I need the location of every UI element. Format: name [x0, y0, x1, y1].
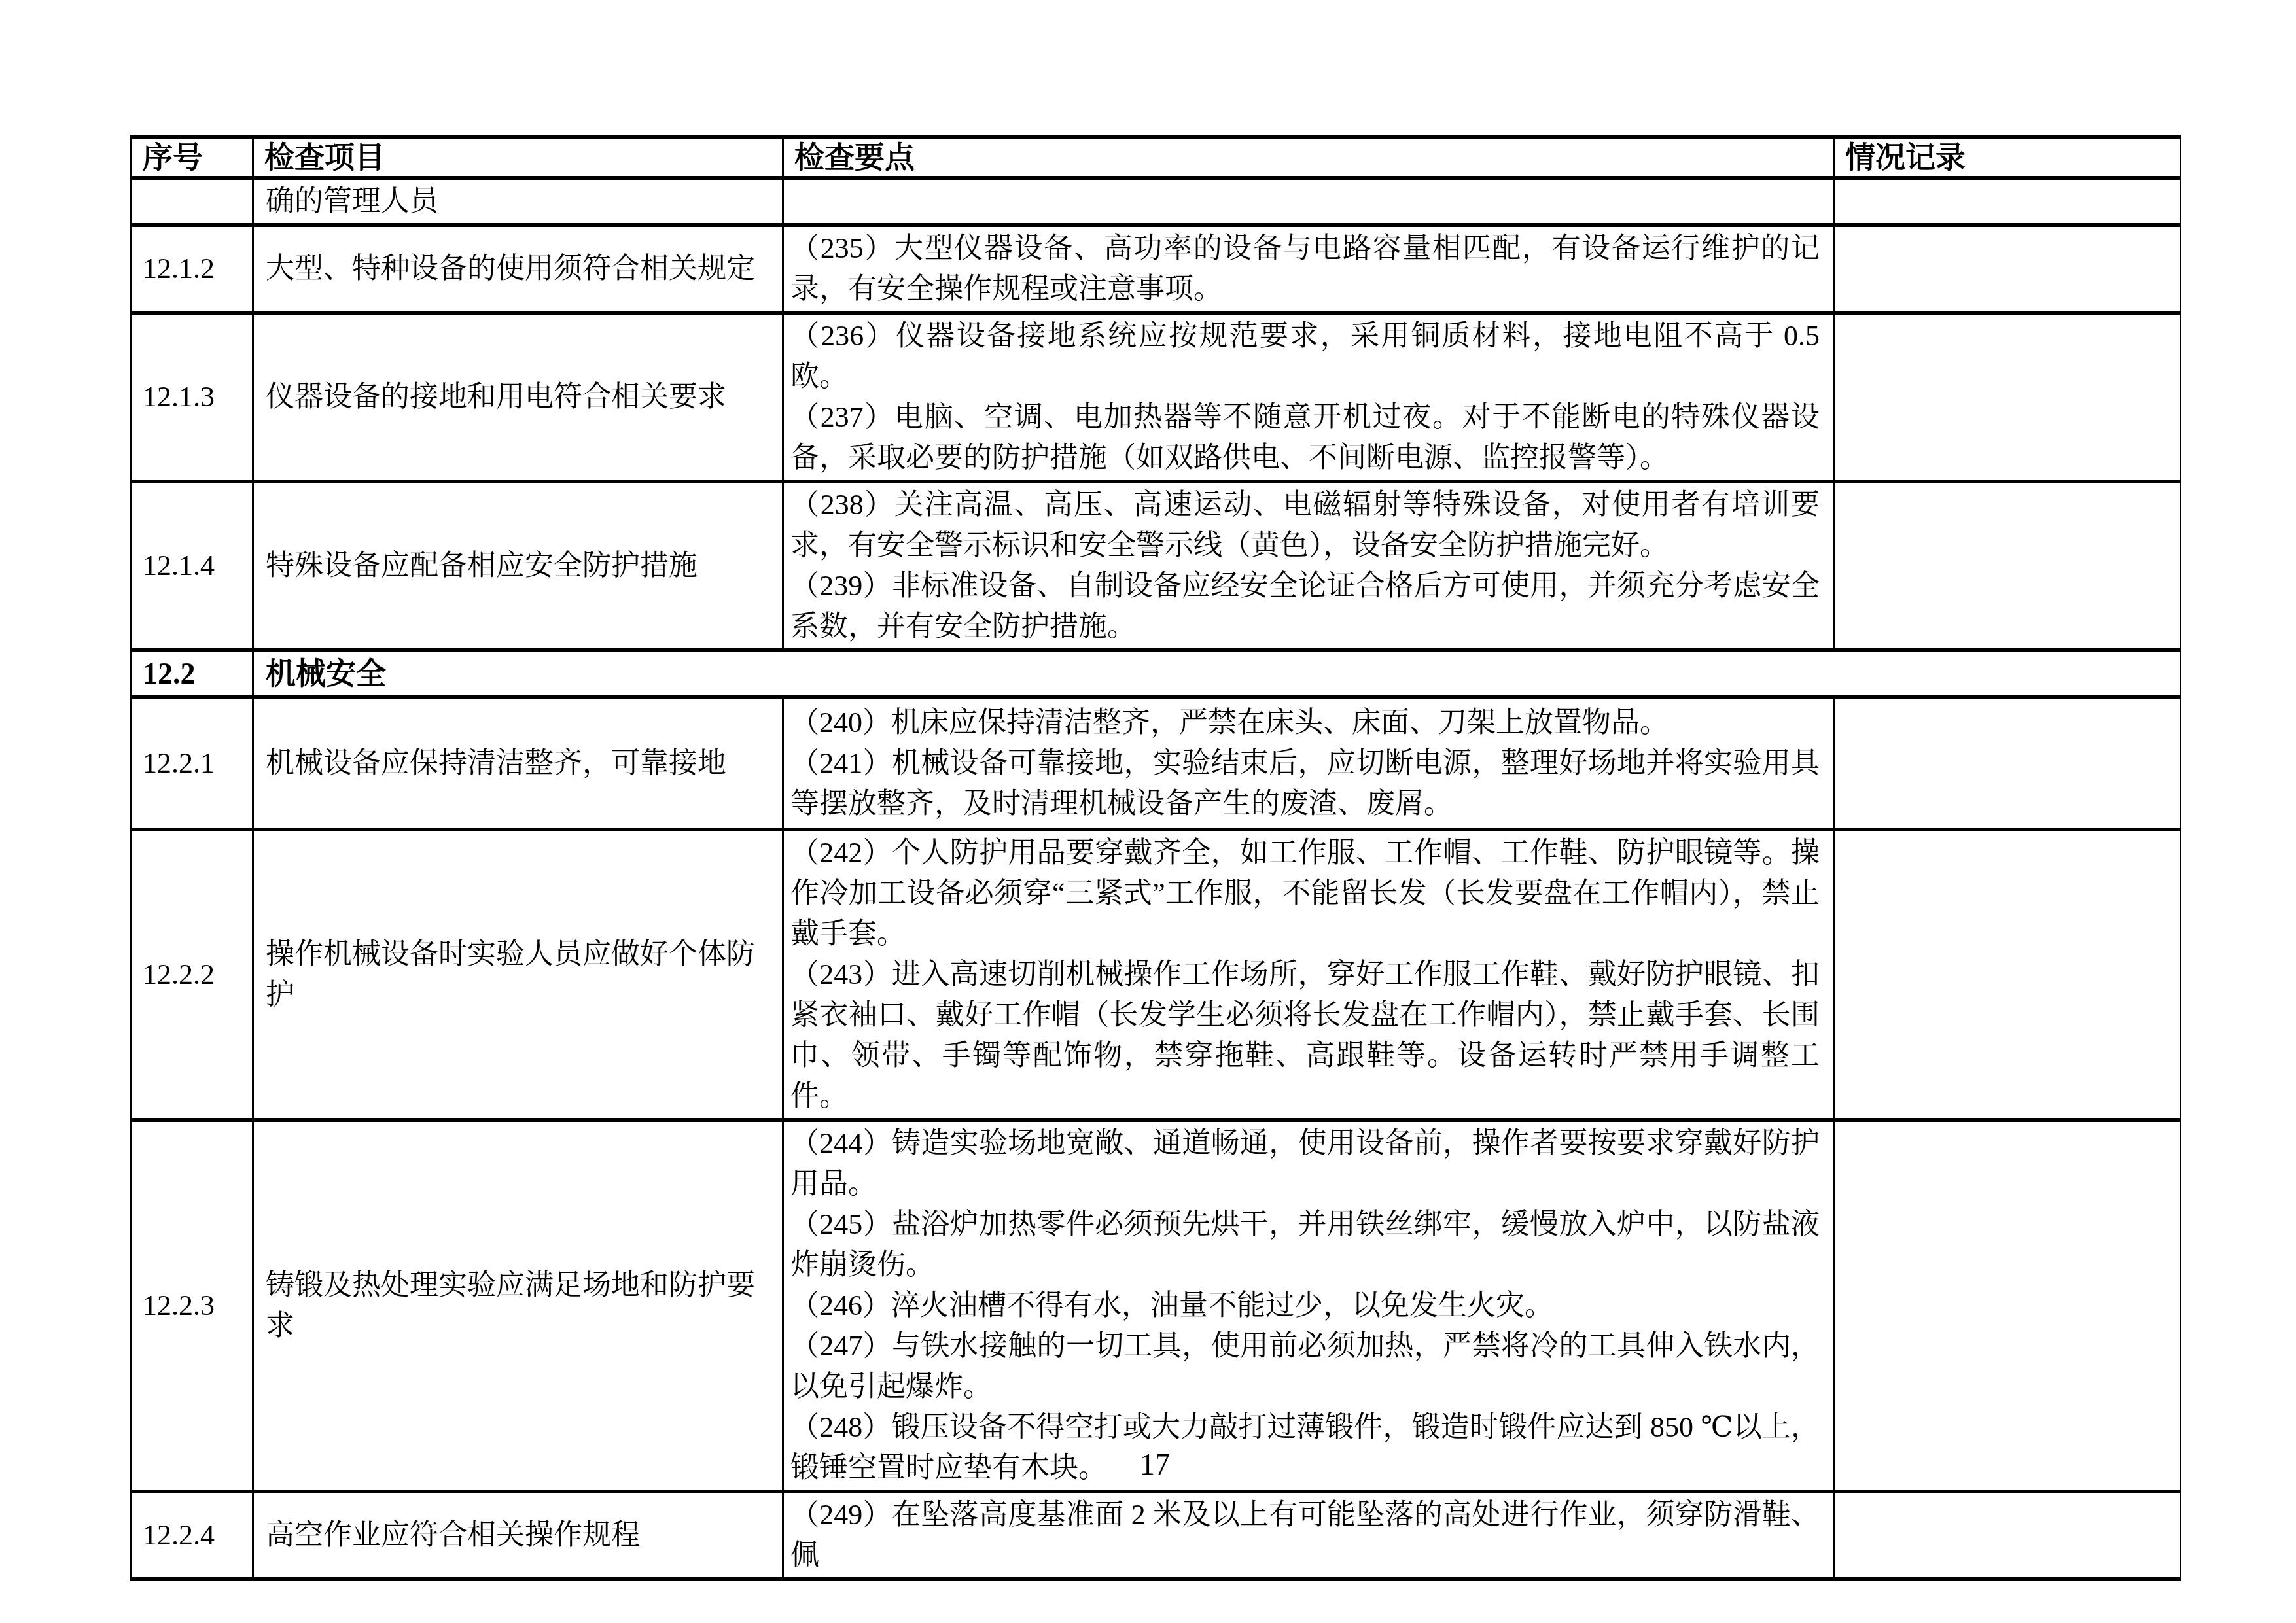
- seq-no-cell: 12.2.3: [132, 1120, 253, 1492]
- seq-no-cell: 12.2.1: [132, 697, 253, 829]
- point-text: （237）电脑、空调、电加热器等不随意开机过夜。对于不能断电的特殊仪器设备，采取…: [790, 397, 1820, 478]
- record-cell: [1834, 1492, 2181, 1579]
- point-text: （238）关注高温、高压、高速运动、电磁辐射等特殊设备，对使用者有培训要求，有安…: [790, 485, 1820, 566]
- record-cell: [1834, 313, 2181, 481]
- table-row: 12.2.1 机械设备应保持清洁整齐，可靠接地 （240）机床应保持清洁整齐，严…: [132, 697, 2181, 829]
- seq-no-cell: 12.1.2: [132, 225, 253, 313]
- record-cell: [1834, 829, 2181, 1120]
- seq-no-cell: 12.1.4: [132, 481, 253, 650]
- item-cell: 大型、特种设备的使用须符合相关规定: [253, 225, 783, 313]
- point-text: （243）进入高速切削机械操作工作场所，穿好工作服工作鞋、戴好防护眼镜、扣紧衣袖…: [790, 954, 1820, 1117]
- point-text: （242）个人防护用品要穿戴齐全，如工作服、工作帽、工作鞋、防护眼镜等。操作冷加…: [790, 833, 1820, 954]
- record-cell: [1834, 178, 2181, 225]
- points-cell: （242）个人防护用品要穿戴齐全，如工作服、工作帽、工作鞋、防护眼镜等。操作冷加…: [783, 829, 1834, 1120]
- point-text: （245）盐浴炉加热零件必须预先烘干，并用铁丝绑牢，缓慢放入炉中，以防盐液炸崩烫…: [790, 1204, 1820, 1285]
- seq-no-cell: 12.2.4: [132, 1492, 253, 1579]
- point-text: （240）机床应保持清洁整齐，严禁在床头、床面、刀架上放置物品。: [790, 703, 1820, 743]
- header-inspection-item: 检查项目: [253, 137, 783, 178]
- section-title-cell: 机械安全: [253, 650, 2181, 697]
- point-text: （241）机械设备可靠接地，实验结束后，应切断电源，整理好场地并将实验用具等摆放…: [790, 743, 1820, 824]
- points-cell: （244）铸造实验场地宽敞、通道畅通，使用设备前，操作者要按要求穿戴好防护用品。…: [783, 1120, 1834, 1492]
- seq-no-cell: 12.2.2: [132, 829, 253, 1120]
- record-cell: [1834, 225, 2181, 313]
- table-row: 12.1.2 大型、特种设备的使用须符合相关规定 （235）大型仪器设备、高功率…: [132, 225, 2181, 313]
- table-row: 12.1.4 特殊设备应配备相应安全防护措施 （238）关注高温、高压、高速运动…: [132, 481, 2181, 650]
- point-text: （246）淬火油槽不得有水，油量不能过少，以免发生火灾。: [790, 1285, 1820, 1326]
- record-cell: [1834, 697, 2181, 829]
- points-cell: [783, 178, 1834, 225]
- table-header-row: 序号 检查项目 检查要点 情况记录: [132, 137, 2181, 178]
- record-cell: [1834, 481, 2181, 650]
- seq-no-cell: 12.2: [132, 650, 253, 697]
- item-cell: 铸锻及热处理实验应满足场地和防护要求: [253, 1120, 783, 1492]
- points-cell: （249）在坠落高度基准面 2 米及以上有可能坠落的高处进行作业，须穿防滑鞋、佩: [783, 1492, 1834, 1579]
- points-cell: （236）仪器设备接地系统应按规范要求，采用铜质材料，接地电阻不高于 0.5 欧…: [783, 313, 1834, 481]
- item-cell: 仪器设备的接地和用电符合相关要求: [253, 313, 783, 481]
- table-row: 12.2.2 操作机械设备时实验人员应做好个体防护 （242）个人防护用品要穿戴…: [132, 829, 2181, 1120]
- record-cell: [1834, 1120, 2181, 1492]
- inspection-checklist-table: 序号 检查项目 检查要点 情况记录 确的管理人员 12.1.2 大型、特种设备的…: [130, 135, 2181, 1581]
- item-cell: 高空作业应符合相关操作规程: [253, 1492, 783, 1579]
- item-cell: 确的管理人员: [253, 178, 783, 225]
- point-text: （236）仪器设备接地系统应按规范要求，采用铜质材料，接地电阻不高于 0.5 欧…: [790, 316, 1820, 397]
- seq-no-cell: 12.1.3: [132, 313, 253, 481]
- page-number: 17: [130, 1447, 2180, 1482]
- table-row: 12.2.4 高空作业应符合相关操作规程 （249）在坠落高度基准面 2 米及以…: [132, 1492, 2181, 1579]
- point-text: （249）在坠落高度基准面 2 米及以上有可能坠落的高处进行作业，须穿防滑鞋、佩: [790, 1495, 1820, 1576]
- point-text: （247）与铁水接触的一切工具，使用前必须加热，严禁将冷的工具伸入铁水内，以免引…: [790, 1326, 1820, 1407]
- item-cell: 操作机械设备时实验人员应做好个体防护: [253, 829, 783, 1120]
- table-row: 12.1.3 仪器设备的接地和用电符合相关要求 （236）仪器设备接地系统应按规…: [132, 313, 2181, 481]
- point-text: （239）非标准设备、自制设备应经安全论证合格后方可使用，并须充分考虑安全系数，…: [790, 566, 1820, 647]
- point-text: （235）大型仪器设备、高功率的设备与电路容量相匹配，有设备运行维护的记录，有安…: [790, 228, 1820, 309]
- header-inspection-points: 检查要点: [783, 137, 1834, 178]
- header-situation-record: 情况记录: [1834, 137, 2181, 178]
- section-row-mechanical-safety: 12.2 机械安全: [132, 650, 2181, 697]
- points-cell: （238）关注高温、高压、高速运动、电磁辐射等特殊设备，对使用者有培训要求，有安…: [783, 481, 1834, 650]
- points-cell: （235）大型仪器设备、高功率的设备与电路容量相匹配，有设备运行维护的记录，有安…: [783, 225, 1834, 313]
- item-cell: 机械设备应保持清洁整齐，可靠接地: [253, 697, 783, 829]
- seq-no-cell: [132, 178, 253, 225]
- header-seq-no: 序号: [132, 137, 253, 178]
- item-cell: 特殊设备应配备相应安全防护措施: [253, 481, 783, 650]
- points-cell: （240）机床应保持清洁整齐，严禁在床头、床面、刀架上放置物品。 （241）机械…: [783, 697, 1834, 829]
- table-row: 确的管理人员: [132, 178, 2181, 225]
- table-row: 12.2.3 铸锻及热处理实验应满足场地和防护要求 （244）铸造实验场地宽敞、…: [132, 1120, 2181, 1492]
- point-text: （244）铸造实验场地宽敞、通道畅通，使用设备前，操作者要按要求穿戴好防护用品。: [790, 1123, 1820, 1204]
- document-page: 序号 检查项目 检查要点 情况记录 确的管理人员 12.1.2 大型、特种设备的…: [0, 0, 2296, 1623]
